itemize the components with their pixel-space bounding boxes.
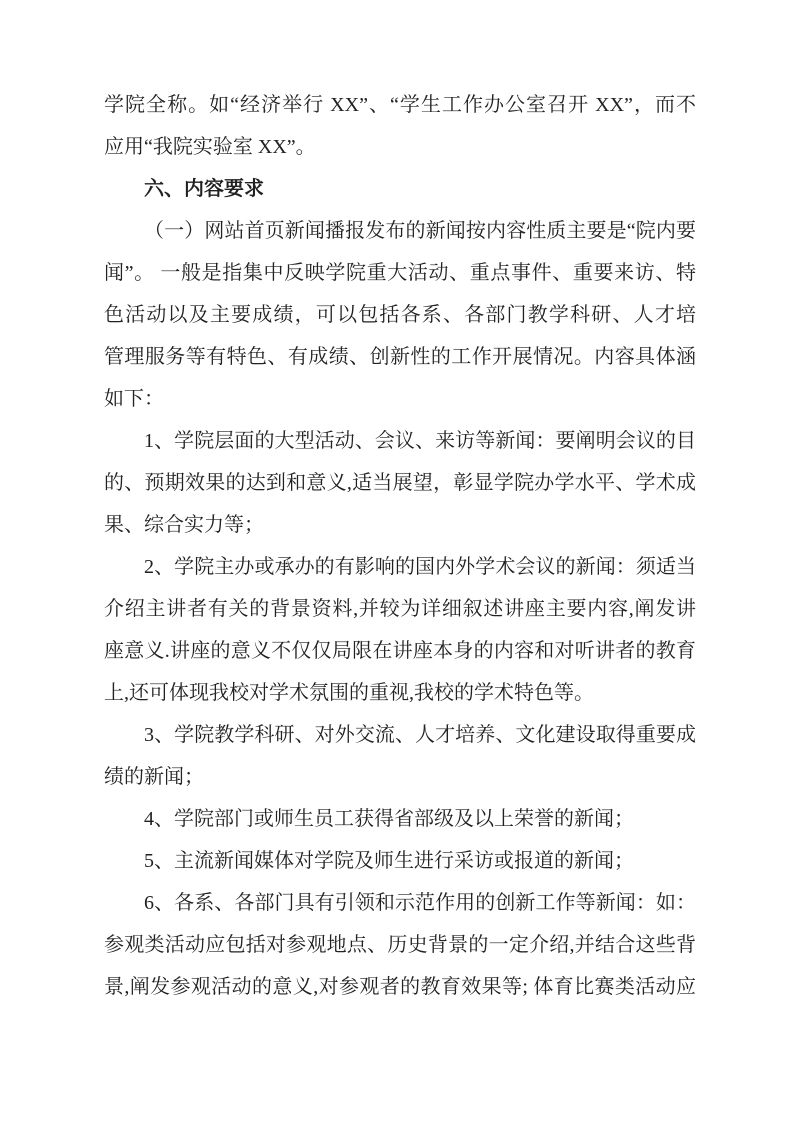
text-line: 闻”。 一般是指集中反映学院重大活动、重点事件、重要来访、特: [104, 252, 696, 294]
text-line: 3、学院教学科研、对外交流、人才培养、文化建设取得重要成: [104, 714, 696, 756]
text-line: 介绍主讲者有关的背景资料,并较为详细叙述讲座主要内容,阐发讲: [104, 588, 696, 630]
text-line: 4、学院部门或师生员工获得省部级及以上荣誉的新闻；: [104, 798, 696, 840]
text-line: 景,阐发参观活动的意义,对参观者的教育效果等; 体育比赛类活动应: [104, 966, 696, 1008]
text-line: 应用“我院实验室 XX”。: [104, 126, 696, 168]
text-line: 2、学院主办或承办的有影响的国内外学术会议的新闻：须适当: [104, 546, 696, 588]
text-line: 如下：: [104, 378, 696, 420]
text-line: 绩的新闻；: [104, 756, 696, 798]
text-line: 学院全称。如“经济举行 XX”、“学生工作办公室召开 XX”，而不: [104, 84, 696, 126]
text-line: 6、各系、各部门具有引领和示范作用的创新工作等新闻：如：: [104, 882, 696, 924]
section-heading: 六、内容要求: [104, 168, 696, 210]
text-line: （一）网站首页新闻播报发布的新闻按内容性质主要是“院内要: [104, 210, 696, 252]
text-line: 管理服务等有特色、有成绩、创新性的工作开展情况。内容具体涵盖: [104, 336, 696, 378]
text-line: 的、预期效果的达到和意义,适当展望，彰显学院办学水平、学术成: [104, 462, 696, 504]
text-line: 1、学院层面的大型活动、会议、来访等新闻：要阐明会议的目: [104, 420, 696, 462]
text-line: 5、主流新闻媒体对学院及师生进行采访或报道的新闻；: [104, 840, 696, 882]
document-page: 学院全称。如“经济举行 XX”、“学生工作办公室召开 XX”，而不 应用“我院实…: [0, 0, 799, 1131]
text-line: 参观类活动应包括对参观地点、历史背景的一定介绍,并结合这些背: [104, 924, 696, 966]
text-line: 座意义.讲座的意义不仅仅局限在讲座本身的内容和对听讲者的教育: [104, 630, 696, 672]
text-line: 上,还可体现我校对学术氛围的重视,我校的学术特色等。: [104, 672, 696, 714]
text-line: 果、综合实力等；: [104, 504, 696, 546]
text-line: 色活动以及主要成绩，可以包括各系、各部门教学科研、人才培养、: [104, 294, 696, 336]
